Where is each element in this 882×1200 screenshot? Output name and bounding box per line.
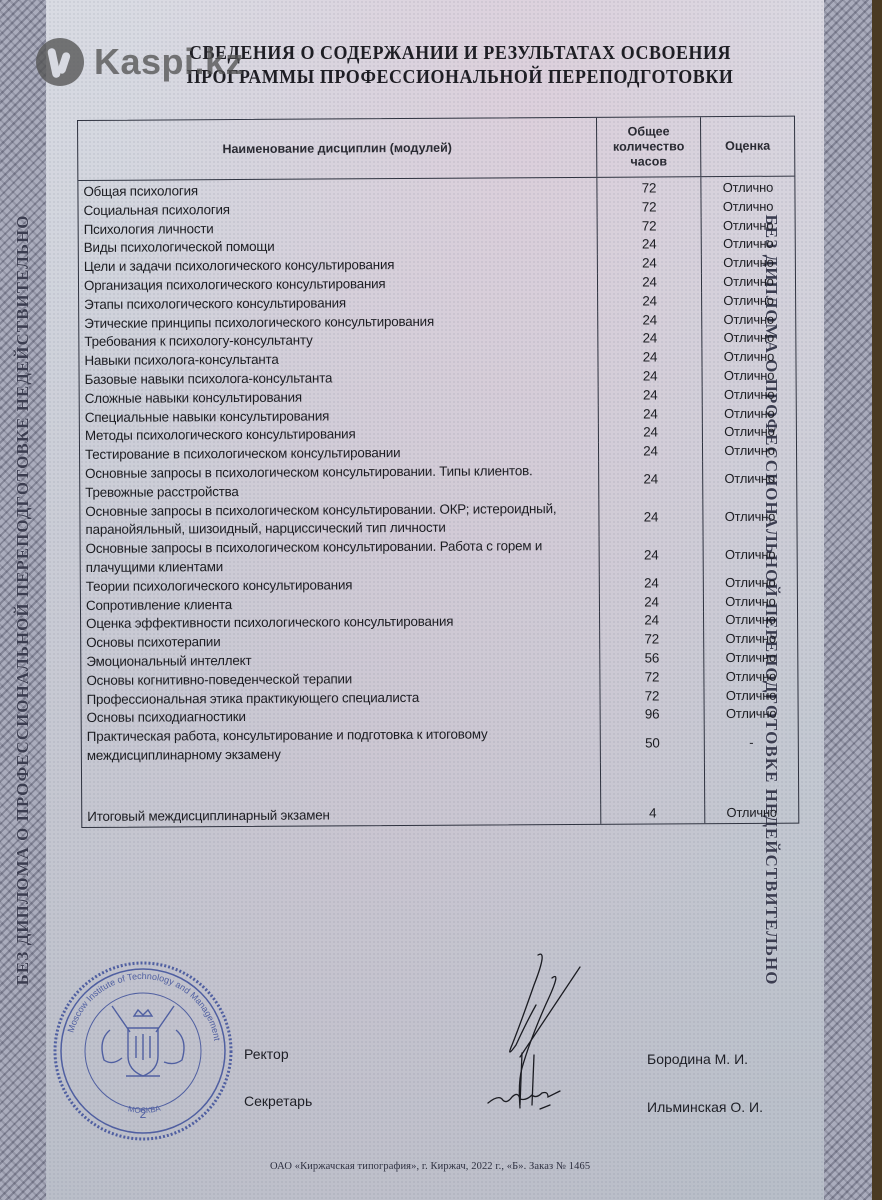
cell-grade: Отлично [703, 611, 797, 630]
document-title: СВЕДЕНИЯ О СОДЕРЖАНИИ И РЕЗУЛЬТАТАХ ОСВО… [166, 42, 755, 90]
table-body: Общая психология72ОтличноСоциальная псих… [78, 177, 798, 827]
table-row: Итоговый междисциплинарный экзамен4Отлич… [82, 803, 798, 826]
cell-hours: 96 [600, 705, 704, 724]
cell-name: Итоговый междисциплинарный экзамен [82, 805, 600, 827]
table-header: Наименование дисциплин (модулей) Общееко… [78, 117, 794, 181]
cell-hours: 72 [599, 630, 703, 649]
cell-hours: 24 [597, 292, 701, 311]
cell-hours: 24 [598, 461, 702, 499]
title-line-1: СВЕДЕНИЯ О СОДЕРЖАНИИ И РЕЗУЛЬТАТАХ ОСВО… [166, 42, 755, 66]
handwritten-signature-icon [480, 945, 600, 1125]
cell-grade: Отлично [701, 216, 795, 235]
cell-grade: Отлично [701, 291, 795, 310]
cell-hours: 24 [598, 386, 702, 405]
right-security-border: БЕЗ ДИПЛОМА О ПРОФЕССИОНАЛЬНОЙ ПЕРЕПОДГО… [824, 0, 882, 1200]
cell-hours: 24 [599, 612, 703, 631]
cell-hours: 24 [597, 236, 701, 255]
border-text-left: БЕЗ ДИПЛОМА О ПРОФЕССИОНАЛЬНОЙ ПЕРЕПОДГО… [13, 215, 33, 986]
header-grade: Оценка [700, 117, 794, 177]
secretary-name: Ильминская О. И. [647, 1099, 763, 1115]
cell-hours: 24 [597, 311, 701, 330]
title-line-2: ПРОГРАММЫ ПРОФЕССИОНАЛЬНОЙ ПЕРЕПОДГОТОВК… [166, 66, 755, 90]
svg-text:2: 2 [140, 1107, 147, 1121]
cell-grade: Отлично [701, 310, 795, 329]
cell-hours: 24 [599, 536, 703, 574]
empty-cell [704, 761, 798, 804]
empty-cell [600, 762, 704, 805]
cell-grade: Отлично [702, 367, 796, 386]
cell-hours: 24 [599, 593, 703, 612]
cell-grade: Отлично [703, 667, 797, 686]
cell-grade: Отлично [702, 442, 796, 461]
cell-grade: Отлично [700, 177, 794, 198]
cell-grade: Отлично [703, 630, 797, 649]
left-security-border: БЕЗ ДИПЛОМА О ПРОФЕССИОНАЛЬНОЙ ПЕРЕПОДГО… [0, 0, 46, 1200]
cell-hours: 24 [598, 424, 702, 443]
header-discipline-name: Наименование дисциплин (модулей) [78, 118, 596, 180]
cell-grade: Отлично [704, 803, 798, 822]
cell-hours: 24 [598, 405, 702, 424]
header-hours: Общееколичествочасов [596, 117, 700, 177]
cell-hours: 72 [597, 217, 701, 236]
header-hours-text: Общееколичествочасов [613, 124, 685, 169]
cell-name: Основные запросы в психологическом консу… [80, 499, 598, 540]
cell-name: Основные запросы в психологическом консу… [80, 462, 598, 503]
cell-grade: Отлично [701, 254, 795, 273]
table-row: Основные запросы в психологическом консу… [80, 461, 796, 503]
cell-hours: 24 [597, 348, 701, 367]
cell-hours: 4 [600, 804, 704, 823]
cell-grade: Отлично [703, 592, 797, 611]
cell-grade: Отлично [704, 705, 798, 724]
cell-hours: 50 [600, 724, 704, 762]
cell-grade: Отлично [702, 404, 796, 423]
cell-hours: 24 [598, 442, 702, 461]
cell-grade: Отлично [703, 686, 797, 705]
rector-label: Ректор [244, 1046, 289, 1062]
cell-grade: Отлично [702, 385, 796, 404]
cell-hours: 56 [599, 649, 703, 668]
cell-grade: Отлично [703, 536, 797, 574]
cell-hours: 72 [596, 198, 700, 217]
cell-grade: Отлично [701, 348, 795, 367]
cell-hours: 24 [598, 499, 702, 537]
table-spacer-row [82, 761, 798, 807]
cell-hours: 72 [599, 687, 703, 706]
table-row: Практическая работа, консультирование и … [82, 724, 798, 766]
cell-grade: Отлично [702, 498, 796, 536]
secretary-label: Секретарь [244, 1093, 312, 1109]
stamp-seal-icon: Moscow Institute of Technology and Manag… [50, 958, 236, 1144]
cell-grade: - [704, 724, 798, 762]
cell-hours: 24 [597, 254, 701, 273]
printer-imprint: ОАО «Киржачская типография», г. Киржач, … [270, 1161, 590, 1172]
cell-grade: Отлично [701, 329, 795, 348]
cell-grade: Отлично [701, 273, 795, 292]
cell-name: Основные запросы в психологическом консу… [81, 537, 599, 578]
cell-hours: 24 [597, 330, 701, 349]
disciplines-table: Наименование дисциплин (модулей) Общееко… [77, 116, 799, 828]
cell-grade: Отлично [702, 461, 796, 499]
cell-hours: 24 [597, 273, 701, 292]
cell-grade: Отлично [703, 649, 797, 668]
institution-stamp: Moscow Institute of Technology and Manag… [50, 958, 236, 1144]
cell-grade: Отлично [700, 197, 794, 216]
cell-hours: 24 [599, 574, 703, 593]
cell-grade: Отлично [702, 423, 796, 442]
cell-name: Практическая работа, консультирование и … [82, 725, 600, 766]
kaspi-watermark: Kaspi.kz [36, 38, 244, 86]
table-row: Основные запросы в психологическом консу… [80, 498, 796, 540]
cell-hours: 72 [596, 177, 700, 198]
watermark-text: Kaspi.kz [94, 41, 244, 83]
cell-grade: Отлично [703, 573, 797, 592]
cell-grade: Отлично [701, 235, 795, 254]
cell-hours: 72 [599, 668, 703, 687]
rector-name: Бородина М. И. [647, 1051, 748, 1067]
cell-hours: 24 [598, 367, 702, 386]
kaspi-logo-icon [36, 38, 84, 86]
empty-cell [82, 763, 600, 808]
table-row: Основные запросы в психологическом консу… [81, 536, 797, 578]
